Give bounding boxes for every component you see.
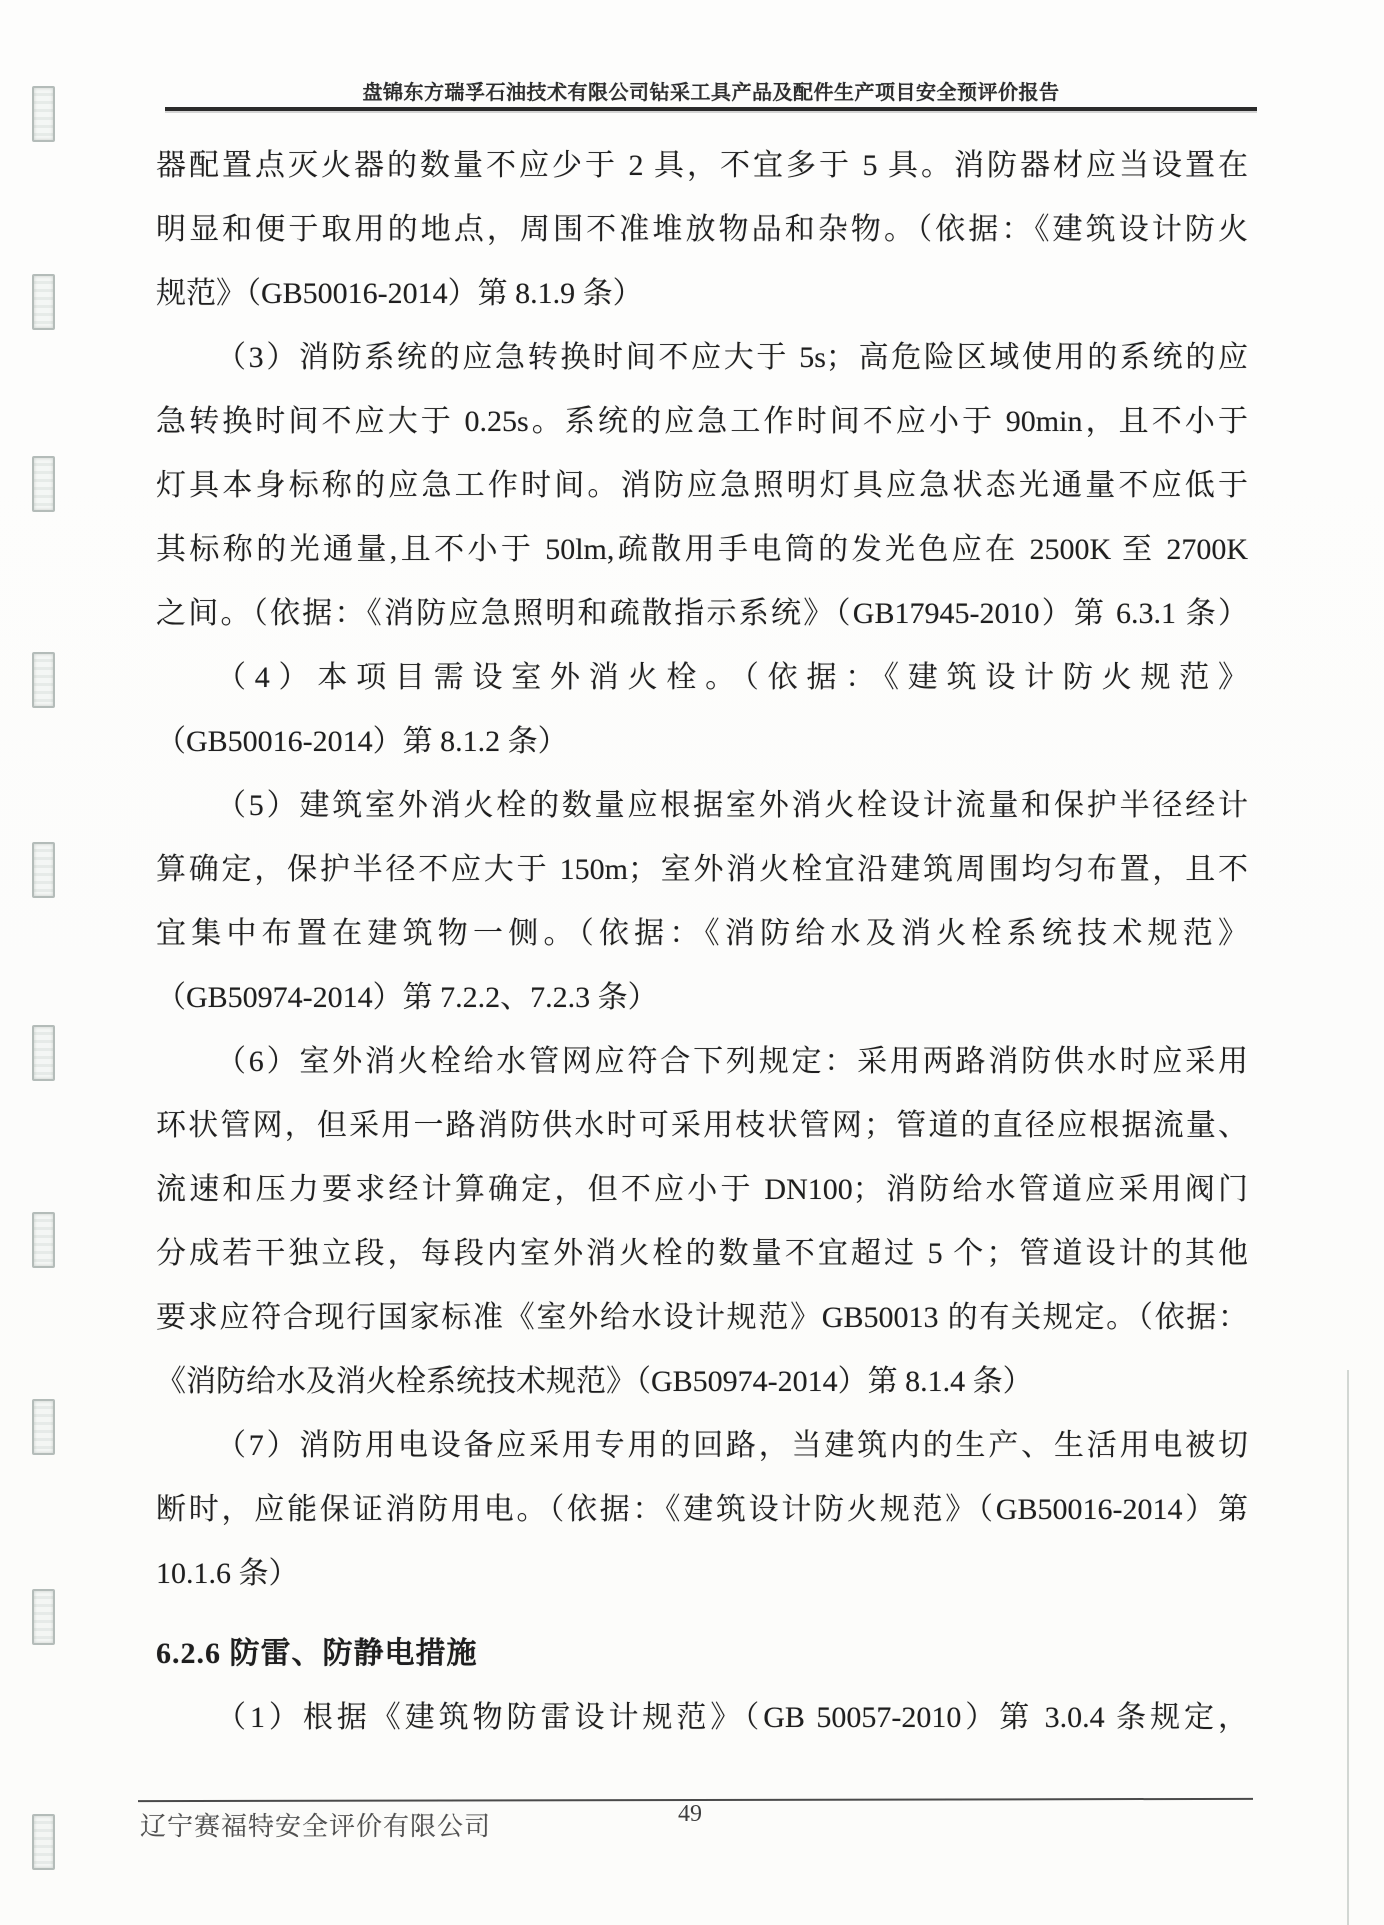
page-number: 49	[678, 1801, 702, 1828]
binding-hole-mark	[32, 86, 55, 142]
body-line: （GB50016-2014）第 8.1.2 条）	[156, 710, 1248, 774]
section-heading: 6.2.6 防雷、防静电措施	[156, 1622, 1248, 1686]
body-line: 规范》（GB50016-2014）第 8.1.9 条）	[156, 262, 1248, 326]
body-line: （1）根据《建筑物防雷设计规范》（GB 50057-2010）第 3.0.4 条…	[156, 1686, 1248, 1750]
body-line: 之间。（依据：《消防应急照明和疏散指示系统》（GB17945-2010）第 6.…	[156, 582, 1248, 646]
binding-hole-mark	[32, 274, 55, 330]
footer-company-name: 辽宁赛福特安全评价有限公司	[140, 1806, 491, 1843]
body-line: 断时，应能保证消防用电。（依据：《建筑设计防火规范》（GB50016-2014）…	[156, 1478, 1248, 1542]
binding-hole-mark	[32, 1025, 55, 1081]
body-line: 其标称的光通量,且不小于 50lm,疏散用手电筒的发光色应在 2500K 至 2…	[156, 518, 1248, 582]
body-line: （3）消防系统的应急转换时间不应大于 5s；高危险区域使用的系统的应	[156, 326, 1248, 390]
document-body: 器配置点灭火器的数量不应少于 2 具，不宜多于 5 具。消防器材应当设置在明显和…	[156, 134, 1248, 1750]
binding-hole-mark	[32, 1212, 55, 1268]
binding-hole-mark	[32, 652, 55, 708]
body-line: （GB50974-2014）第 7.2.2、7.2.3 条）	[156, 966, 1248, 1030]
body-line: （6）室外消火栓给水管网应符合下列规定：采用两路消防供水时应采用	[156, 1030, 1248, 1094]
binding-hole-mark	[32, 1399, 55, 1455]
body-line: 灯具本身标称的应急工作时间。消防应急照明灯具应急状态光通量不应低于	[156, 454, 1248, 518]
binding-hole-mark	[32, 1814, 55, 1870]
body-line: 算确定，保护半径不应大于 150m；室外消火栓宜沿建筑周围均匀布置，且不	[156, 838, 1248, 902]
binding-hole-mark	[32, 456, 55, 512]
body-line: （5）建筑室外消火栓的数量应根据室外消火栓设计流量和保护半径经计	[156, 774, 1248, 838]
body-line: 明显和便于取用的地点，周围不准堆放物品和杂物。（依据：《建筑设计防火	[156, 198, 1248, 262]
body-line: 环状管网，但采用一路消防供水时可采用枝状管网；管道的直径应根据流量、	[156, 1094, 1248, 1158]
body-line: 急转换时间不应大于 0.25s。系统的应急工作时间不应小于 90min，且不小于	[156, 390, 1248, 454]
body-line: 宜集中布置在建筑物一侧。（依据：《消防给水及消火栓系统技术规范》	[156, 902, 1248, 966]
header-divider	[165, 107, 1257, 111]
binding-hole-mark	[32, 842, 55, 898]
report-header-title: 盘锦东方瑞孚石油技术有限公司钻采工具产品及配件生产项目安全预评价报告	[165, 76, 1257, 105]
scanned-document-page: 盘锦东方瑞孚石油技术有限公司钻采工具产品及配件生产项目安全预评价报告 器配置点灭…	[0, 0, 1384, 1925]
body-line: 流速和压力要求经计算确定，但不应小于 DN100；消防给水管道应采用阀门	[156, 1158, 1248, 1222]
body-line: （4）本项目需设室外消火栓。（依据：《建筑设计防火规范》	[156, 646, 1248, 710]
scan-artifact-line	[1347, 1370, 1349, 1925]
body-line: 器配置点灭火器的数量不应少于 2 具，不宜多于 5 具。消防器材应当设置在	[156, 134, 1248, 198]
body-line: （7）消防用电设备应采用专用的回路，当建筑内的生产、生活用电被切	[156, 1414, 1248, 1478]
body-line: 分成若干独立段，每段内室外消火栓的数量不宜超过 5 个；管道设计的其他	[156, 1222, 1248, 1286]
body-line: 要求应符合现行国家标准《室外给水设计规范》GB50013 的有关规定。（依据：	[156, 1286, 1248, 1350]
body-line: 10.1.6 条）	[156, 1542, 1248, 1606]
body-line: 《消防给水及消火栓系统技术规范》（GB50974-2014）第 8.1.4 条）	[156, 1350, 1248, 1414]
binding-hole-mark	[32, 1589, 55, 1645]
